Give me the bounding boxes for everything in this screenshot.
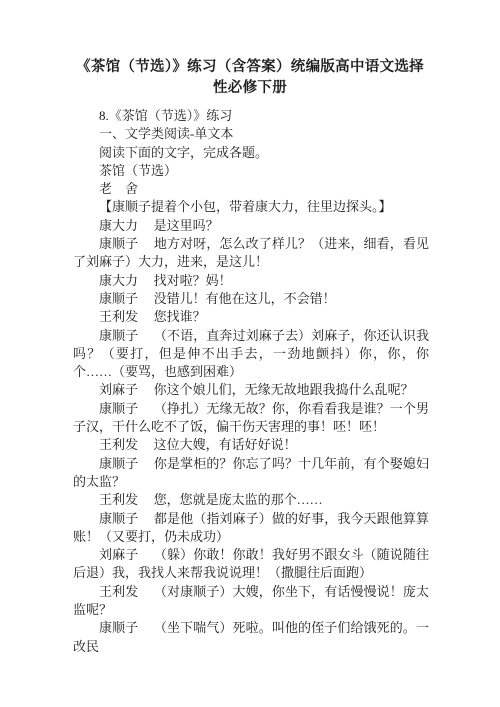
paragraph: 王利发您，您就是庞太监的那个…… bbox=[73, 491, 429, 509]
paragraph: 王利发这位大嫂，有话好好说！ bbox=[73, 436, 429, 454]
paragraph: 康顺子都是他（指刘麻子）做的好事，我今天跟他算算账！（又要打，仍未成功） bbox=[73, 510, 429, 547]
line-text: 你这个娘儿们，无缘无故地跟我捣什么乱呢？ bbox=[154, 382, 414, 397]
paragraph: 阅读下面的文字，完成各题。 bbox=[73, 144, 429, 162]
line-text: 茶馆（节选） bbox=[99, 163, 177, 178]
line-text: 您，您就是庞太监的那个…… bbox=[154, 492, 323, 507]
paragraph: 康顺子地方对呀，怎么改了样儿？（进来，细看，看见了刘麻子）大力，进来，是这儿！ bbox=[73, 235, 429, 272]
paragraph: 康大力找对啦？妈！ bbox=[73, 272, 429, 290]
speaker-name: 王利发 bbox=[99, 309, 138, 324]
speaker-name: 康大力 bbox=[99, 273, 138, 288]
paragraph: 刘麻子你这个娘儿们，无缘无故地跟我捣什么乱呢？ bbox=[73, 381, 429, 399]
paragraph: 康顺子（不语，直奔过刘麻子去）刘麻子，你还认识我吗？（要打，但是伸不出手去，一劲… bbox=[73, 327, 429, 382]
speaker-name: 康大力 bbox=[99, 218, 138, 233]
speaker-name: 康顺子 bbox=[99, 291, 138, 306]
speaker-name: 康顺子 bbox=[99, 401, 138, 416]
speaker-name: 康顺子 bbox=[99, 328, 138, 343]
paragraph: 茶馆（节选） bbox=[73, 162, 429, 180]
paragraph: 【康顺子提着个小包，带着康大力，往里边探头。】 bbox=[73, 198, 429, 216]
paragraph: 康顺子你是掌柜的？你忘了吗？十几年前，有个娶媳妇的太监？ bbox=[73, 455, 429, 492]
paragraph: 8.《茶馆（节选）》练习 bbox=[73, 107, 429, 125]
paragraph: 康顺子（坐下喘气）死啦。叫他的侄子们给饿死的。一改民 bbox=[73, 619, 429, 656]
speaker-name: 王利发 bbox=[99, 584, 138, 599]
speaker-name: 刘麻子 bbox=[99, 547, 138, 562]
line-text: 老 舍 bbox=[99, 181, 138, 196]
speaker-name: 康顺子 bbox=[99, 236, 138, 251]
line-text: 阅读下面的文字，完成各题。 bbox=[99, 145, 268, 160]
speaker-name: 康顺子 bbox=[99, 511, 138, 526]
paragraph: 一、文学类阅读-单文本 bbox=[73, 125, 429, 143]
line-text: 是这里吗？ bbox=[154, 218, 219, 233]
line-text: 找对啦？妈！ bbox=[154, 273, 232, 288]
document-title: 《茶馆（节选）》练习（含答案）统编版高中语文选择 性必修下册 bbox=[0, 57, 500, 99]
paragraph: 康顺子（挣扎）无缘无故？你，你看看我是谁？一个男子汉，干什么吃不了饭，偏干伤天害… bbox=[73, 400, 429, 437]
speaker-name: 王利发 bbox=[99, 492, 138, 507]
line-text: 【康顺子提着个小包，带着康大力，往里边探头。】 bbox=[99, 199, 392, 214]
speaker-name: 王利发 bbox=[99, 437, 138, 452]
paragraph: 康顺子没错儿！有他在这儿，不会错！ bbox=[73, 290, 429, 308]
document-page: 《茶馆（节选）》练习（含答案）统编版高中语文选择 性必修下册 8.《茶馆（节选）… bbox=[0, 0, 500, 707]
speaker-name: 康顺子 bbox=[99, 620, 138, 635]
speaker-name: 康顺子 bbox=[99, 456, 138, 471]
line-text: 您找谁？ bbox=[154, 309, 206, 324]
paragraph: 康大力是这里吗？ bbox=[73, 217, 429, 235]
line-text: 这位大嫂，有话好好说！ bbox=[154, 437, 297, 452]
document-title-line-2: 性必修下册 bbox=[0, 78, 500, 99]
line-text: 8.《茶馆（节选）》练习 bbox=[99, 108, 232, 123]
paragraph: 老 舍 bbox=[73, 180, 429, 198]
document-body: 8.《茶馆（节选）》练习 一、文学类阅读-单文本 阅读下面的文字，完成各题。 茶… bbox=[73, 107, 429, 656]
line-text: 没错儿！有他在这儿，不会错！ bbox=[154, 291, 336, 306]
paragraph: 刘麻子（躲）你敢！你敢！我好男不跟女斗（随说随往后退）我，我找人来帮我说说理！（… bbox=[73, 546, 429, 583]
speaker-name: 刘麻子 bbox=[99, 382, 138, 397]
paragraph: 王利发您找谁？ bbox=[73, 308, 429, 326]
document-title-line-1: 《茶馆（节选）》练习（含答案）统编版高中语文选择 bbox=[0, 57, 500, 78]
line-text: 一、文学类阅读-单文本 bbox=[99, 126, 233, 141]
paragraph: 王利发（对康顺子）大嫂，你坐下，有话慢慢说！庞太监呢？ bbox=[73, 583, 429, 620]
